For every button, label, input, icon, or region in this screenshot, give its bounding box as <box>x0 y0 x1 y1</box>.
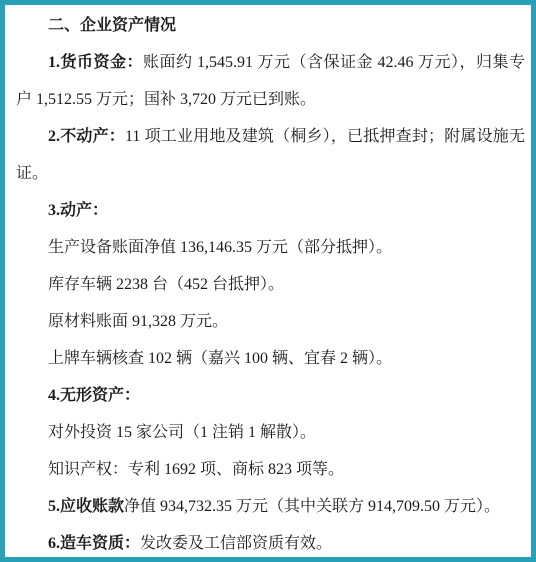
paragraph-lead: 6.造车资质： <box>48 535 140 552</box>
paragraph-raw-materials: 原材料账面 91,328 万元。 <box>16 303 525 340</box>
paragraph-text: 知识产权：专利 1692 项、商标 823 项等。 <box>48 461 344 478</box>
paragraph-intellectual-property: 知识产权：专利 1692 项、商标 823 项等。 <box>16 451 525 488</box>
paragraph-text: 原材料账面 91,328 万元。 <box>48 313 228 330</box>
paragraph-lead: 3.动产： <box>48 202 108 219</box>
paragraph-real-estate: 2.不动产：11 项工业用地及建筑（桐乡），已抵押查封；附属设施无证。 <box>16 118 525 192</box>
paragraph-monetary-funds: 1.货币资金：账面约 1,545.91 万元（含保证金 42.46 万元），归集… <box>16 44 525 118</box>
paragraph-text: 库存车辆 2238 台（452 台抵押）。 <box>48 276 284 293</box>
paragraph-lead: 1.货币资金： <box>48 54 143 71</box>
paragraph-text: 对外投资 15 家公司（1 注销 1 解散）。 <box>48 424 316 441</box>
paragraph-lead: 5.应收账款 <box>48 498 124 515</box>
paragraph-receivables: 5.应收账款净值 934,732.35 万元（其中关联方 914,709.50 … <box>16 488 525 525</box>
paragraph-intangible-assets-heading: 4.无形资产： <box>16 377 525 414</box>
paragraph-lead: 2.不动产： <box>48 128 125 145</box>
paragraph-movable-assets-heading: 3.动产： <box>16 192 525 229</box>
section-heading: 二、企业资产情况 <box>16 7 525 44</box>
paragraph-inventory-vehicles: 库存车辆 2238 台（452 台抵押）。 <box>16 266 525 303</box>
paragraph-text: 上牌车辆核查 102 辆（嘉兴 100 辆、宜春 2 辆）。 <box>48 350 392 367</box>
paragraph-registered-vehicles: 上牌车辆核查 102 辆（嘉兴 100 辆、宜春 2 辆）。 <box>16 340 525 377</box>
paragraph-production-equipment: 生产设备账面净值 136,146.35 万元（部分抵押）。 <box>16 229 525 266</box>
document-page: 二、企业资产情况 1.货币资金：账面约 1,545.91 万元（含保证金 42.… <box>0 0 536 562</box>
paragraph-external-investments: 对外投资 15 家公司（1 注销 1 解散）。 <box>16 414 525 451</box>
paragraph-text: 发改委及工信部资质有效。 <box>140 535 332 552</box>
paragraph-text: 生产设备账面净值 136,146.35 万元（部分抵押）。 <box>48 239 392 256</box>
paragraph-lead: 4.无形资产： <box>48 387 140 404</box>
paragraph-vehicle-qualification: 6.造车资质：发改委及工信部资质有效。 <box>16 525 525 562</box>
paragraph-text: 净值 934,732.35 万元（其中关联方 914,709.50 万元）。 <box>124 498 500 515</box>
